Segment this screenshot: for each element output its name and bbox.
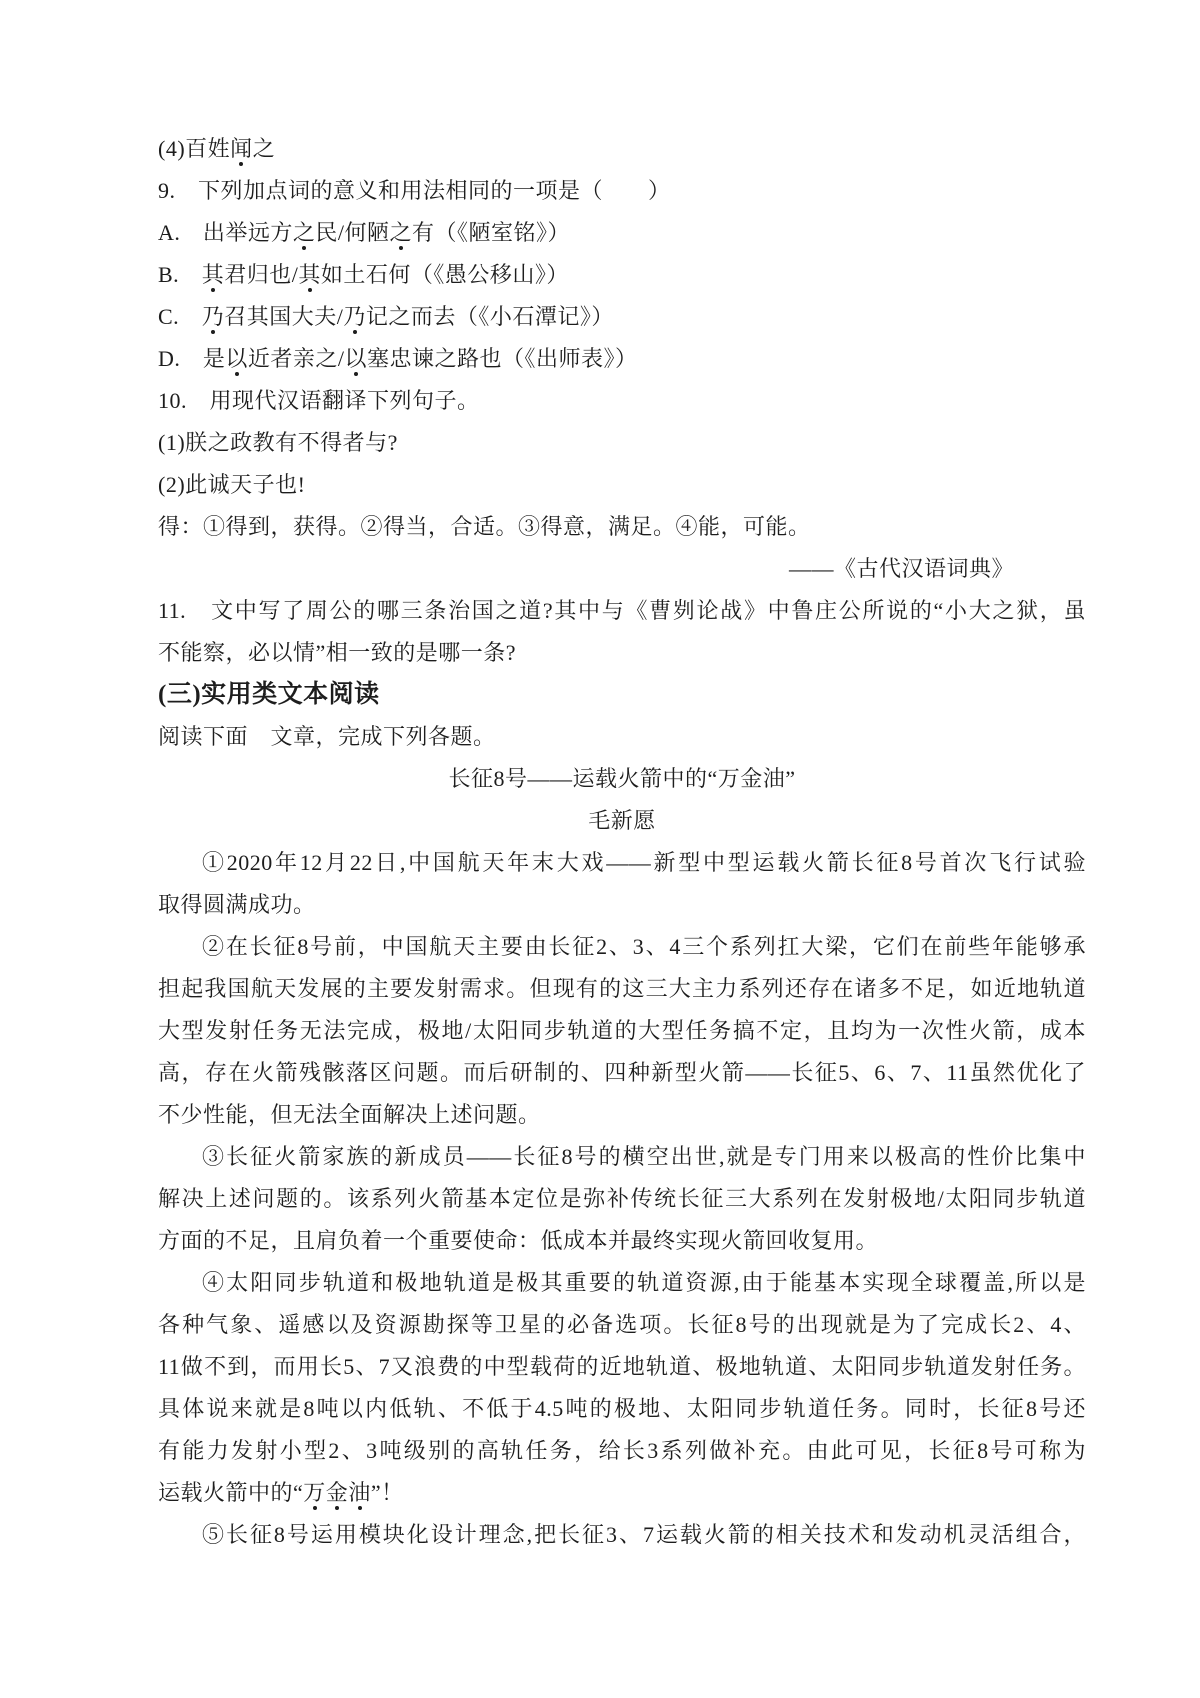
emphasis-dot-char: 之 <box>390 220 413 245</box>
text-segment: B. <box>158 262 202 287</box>
text-segment: 召其国大夫/ <box>224 304 343 329</box>
question-10-sentence-2: (2)此诚天子也! <box>158 464 1086 506</box>
paragraph-4-line-6: 运载火箭中的“万金油”！ <box>158 1472 1086 1514</box>
question-11-line-1: 11. 文中写了周公的哪三条治国之道?其中与《曹刿论战》中鲁庄公所说的“小大之狱… <box>158 590 1086 632</box>
dictionary-note: 得：①得到，获得。②得当，合适。③得意，满足。④能，可能。 <box>158 506 1086 548</box>
emphasis-dot-char: 以 <box>345 346 368 371</box>
dictionary-source: ——《古代汉语词典》 <box>158 548 1086 590</box>
paragraph-4-line-3: 11做不到，而用长5、7又浪费的中型载荷的近地轨道、极地轨道、太阳同步轨道发射任… <box>158 1346 1086 1388</box>
section-heading: (三)实用类文本阅读 <box>158 674 1086 716</box>
emphasis-dot-char: 其 <box>202 262 225 287</box>
article-author: 毛新愿 <box>158 800 1086 842</box>
question-9-option-b: B. 其君归也/其如土石何（《愚公移山》） <box>158 254 1086 296</box>
text-segment: 如土石何（《愚公移山》） <box>321 262 569 287</box>
paragraph-2-line-3: 大型发射任务无法完成，极地/太阳同步轨道的大型任务搞不定，且均为一次性火箭，成本 <box>158 1010 1086 1052</box>
emphasis-dot-char: 乃 <box>202 304 225 329</box>
emphasis-dot-char: 金 <box>326 1480 349 1505</box>
exam-document-page: (4)百姓闻之 9. 下列加点词的意义和用法相同的一项是（ ） A. 出举远方之… <box>0 0 1200 1698</box>
emphasis-dot-char: 闻 <box>230 136 253 161</box>
reading-instruction: 阅读下面 文章，完成下列各题。 <box>158 716 1086 758</box>
question-10-sentence-1: (1)朕之政教有不得者与? <box>158 422 1086 464</box>
text-segment: 有（《陋室铭》） <box>412 220 570 245</box>
page-content: (4)百姓闻之 9. 下列加点词的意义和用法相同的一项是（ ） A. 出举远方之… <box>158 128 1086 1556</box>
text-segment: 记之而去（《小石潭记》） <box>366 304 614 329</box>
paragraph-1-line-1: ①2020年12月22日,中国航天年末大戏——新型中型运载火箭长征8号首次飞行试… <box>158 842 1086 884</box>
text-segment: A. 出举远方 <box>158 220 293 245</box>
text-segment: 君归也/ <box>224 262 298 287</box>
question-9-option-a: A. 出举远方之民/何陋之有（《陋室铭》） <box>158 212 1086 254</box>
paragraph-2-line-1: ②在长征8号前，中国航天主要由长征2、3、4三个系列扛大梁，它们在前些年能够承 <box>158 926 1086 968</box>
paragraph-1-line-2: 取得圆满成功。 <box>158 884 1086 926</box>
text-segment: (4)百姓 <box>158 136 230 161</box>
paragraph-3-line-3: 方面的不足，且肩负着一个重要使命：低成本并最终实现火箭回收复用。 <box>158 1220 1086 1262</box>
question-9-option-d: D. 是以近者亲之/以塞忠谏之路也（《出师表》） <box>158 338 1086 380</box>
question-9-stem: 9. 下列加点词的意义和用法相同的一项是（ ） <box>158 170 1086 212</box>
paragraph-2-line-5: 不少性能，但无法全面解决上述问题。 <box>158 1094 1086 1136</box>
question-9-option-c: C. 乃召其国大夫/乃记之而去（《小石潭记》） <box>158 296 1086 338</box>
emphasis-dot-char: 之 <box>293 220 316 245</box>
paragraph-4-line-4: 具体说来就是8吨以内低轨、不低于4.5吨的极地、太阳同步轨道任务。同时，长征8号… <box>158 1388 1086 1430</box>
paragraph-2-line-4: 高，存在火箭残骸落区问题。而后研制的、四种新型火箭——长征5、6、7、11虽然优… <box>158 1052 1086 1094</box>
paragraph-4-line-5: 有能力发射小型2、3吨级别的高轨任务，给长3系列做补充。由此可见，长征8号可称为 <box>158 1430 1086 1472</box>
paragraph-3-line-2: 解决上述问题的。该系列火箭基本定位是弥补传统长征三大系列在发射极地/太阳同步轨道 <box>158 1178 1086 1220</box>
text-segment: 民/何陋 <box>315 220 389 245</box>
article-title: 长征8号——运载火箭中的“万金油” <box>158 758 1086 800</box>
question-10-stem: 10. 用现代汉语翻译下列句子。 <box>158 380 1086 422</box>
text-segment: 之 <box>253 136 276 161</box>
paragraph-4-line-1: ④太阳同步轨道和极地轨道是极其重要的轨道资源,由于能基本实现全球覆盖,所以是 <box>158 1262 1086 1304</box>
paragraph-2-line-2: 担起我国航天发展的主要发射需求。但现有的这三大主力系列还存在诸多不足，如近地轨道 <box>158 968 1086 1010</box>
emphasis-dot-char: 乃 <box>343 304 366 329</box>
paragraph-3-line-1: ③长征火箭家族的新成员——长征8号的横空出世,就是专门用来以极高的性价比集中 <box>158 1136 1086 1178</box>
text-segment: C. <box>158 304 202 329</box>
emphasis-dot-char: 以 <box>225 346 248 371</box>
question-11-line-2: 不能察，必以情”相一致的是哪一条? <box>158 632 1086 674</box>
emphasis-dot-char: 万 <box>303 1480 326 1505</box>
text-segment: 运载火箭中的“ <box>158 1480 303 1505</box>
text-segment: 近者亲之/ <box>248 346 345 371</box>
question-8-item-4: (4)百姓闻之 <box>158 128 1086 170</box>
paragraph-4-line-2: 各种气象、遥感以及资源勘探等卫星的必备选项。长征8号的出现就是为了完成长2、4、 <box>158 1304 1086 1346</box>
text-segment: D. 是 <box>158 346 225 371</box>
emphasis-dot-char: 油 <box>348 1480 371 1505</box>
paragraph-5-line-1: ⑤长征8号运用模块化设计理念,把长征3、7运载火箭的相关技术和发动机灵活组合， <box>158 1514 1086 1556</box>
text-segment: ”！ <box>371 1480 404 1505</box>
emphasis-dot-char: 其 <box>298 262 321 287</box>
text-segment: 塞忠谏之路也（《出师表》） <box>367 346 638 371</box>
